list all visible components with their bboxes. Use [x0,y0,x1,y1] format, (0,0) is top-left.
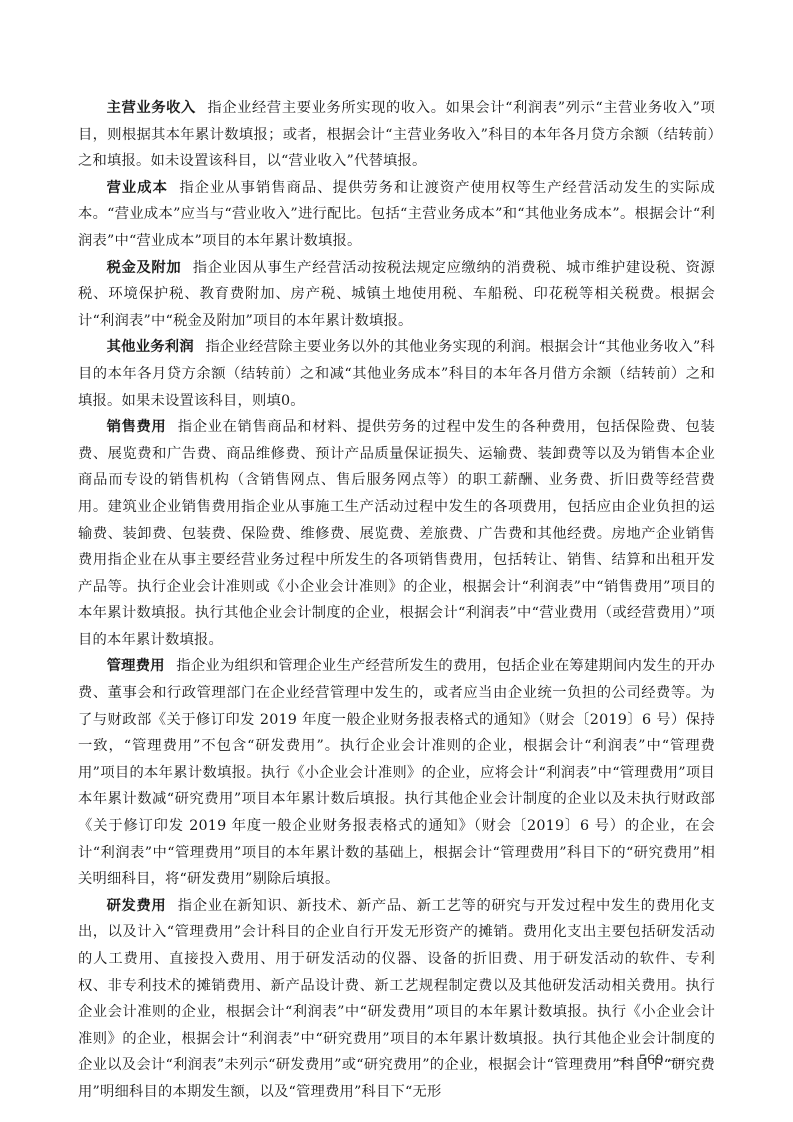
term-heading: 销售费用 [107,419,167,435]
paragraph-text: 指企业为组织和管理企业生产经营所发生的费用，包括企业在筹建期间内发生的开办费、董… [78,658,715,887]
paragraph-other-business-profit: 其他业务利润指企业经营除主要业务以外的其他业务实现的利润。根据会计“其他业务收入… [78,334,715,414]
page-number: — 569 — [618,1052,685,1069]
paragraph-operating-cost: 营业成本指企业从事销售商品、提供劳务和让渡资产使用权等生产经营活动发生的实际成本… [78,175,715,255]
paragraph-administrative-expenses: 管理费用指企业为组织和管理企业生产经营所发生的费用，包括企业在筹建期间内发生的开… [78,653,715,892]
paragraph-main-business-revenue: 主营业务收入指企业经营主要业务所实现的收入。如果会计“利润表”列示“主营业务收入… [78,95,715,175]
term-heading: 其他业务利润 [107,339,194,355]
paragraph-rd-expenses: 研发费用指企业在新知识、新技术、新产品、新工艺等的研究与开发过程中发生的费用化支… [78,893,715,1106]
document-body: 主营业务收入指企业经营主要业务所实现的收入。如果会计“利润表”列示“主营业务收入… [78,95,715,1106]
term-heading: 营业成本 [107,180,168,196]
term-heading: 研发费用 [107,898,167,914]
term-heading: 管理费用 [107,658,165,674]
term-heading: 主营业务收入 [107,100,196,116]
paragraph-selling-expenses: 销售费用指企业在销售商品和材料、提供劳务的过程中发生的各种费用，包括保险费、包装… [78,414,715,653]
paragraph-text: 指企业在销售商品和材料、提供劳务的过程中发生的各种费用，包括保险费、包装费、展览… [78,419,715,648]
paragraph-text: 指企业从事销售商品、提供劳务和让渡资产使用权等生产经营活动发生的实际成本。“营业… [78,180,715,249]
paragraph-taxes-and-surcharges: 税金及附加指企业因从事生产经营活动按税法规定应缴纳的消费税、城市维护建设税、资源… [78,255,715,335]
paragraph-text: 指企业在新知识、新技术、新产品、新工艺等的研究与开发过程中发生的费用化支出，以及… [78,898,715,1100]
term-heading: 税金及附加 [107,260,182,276]
